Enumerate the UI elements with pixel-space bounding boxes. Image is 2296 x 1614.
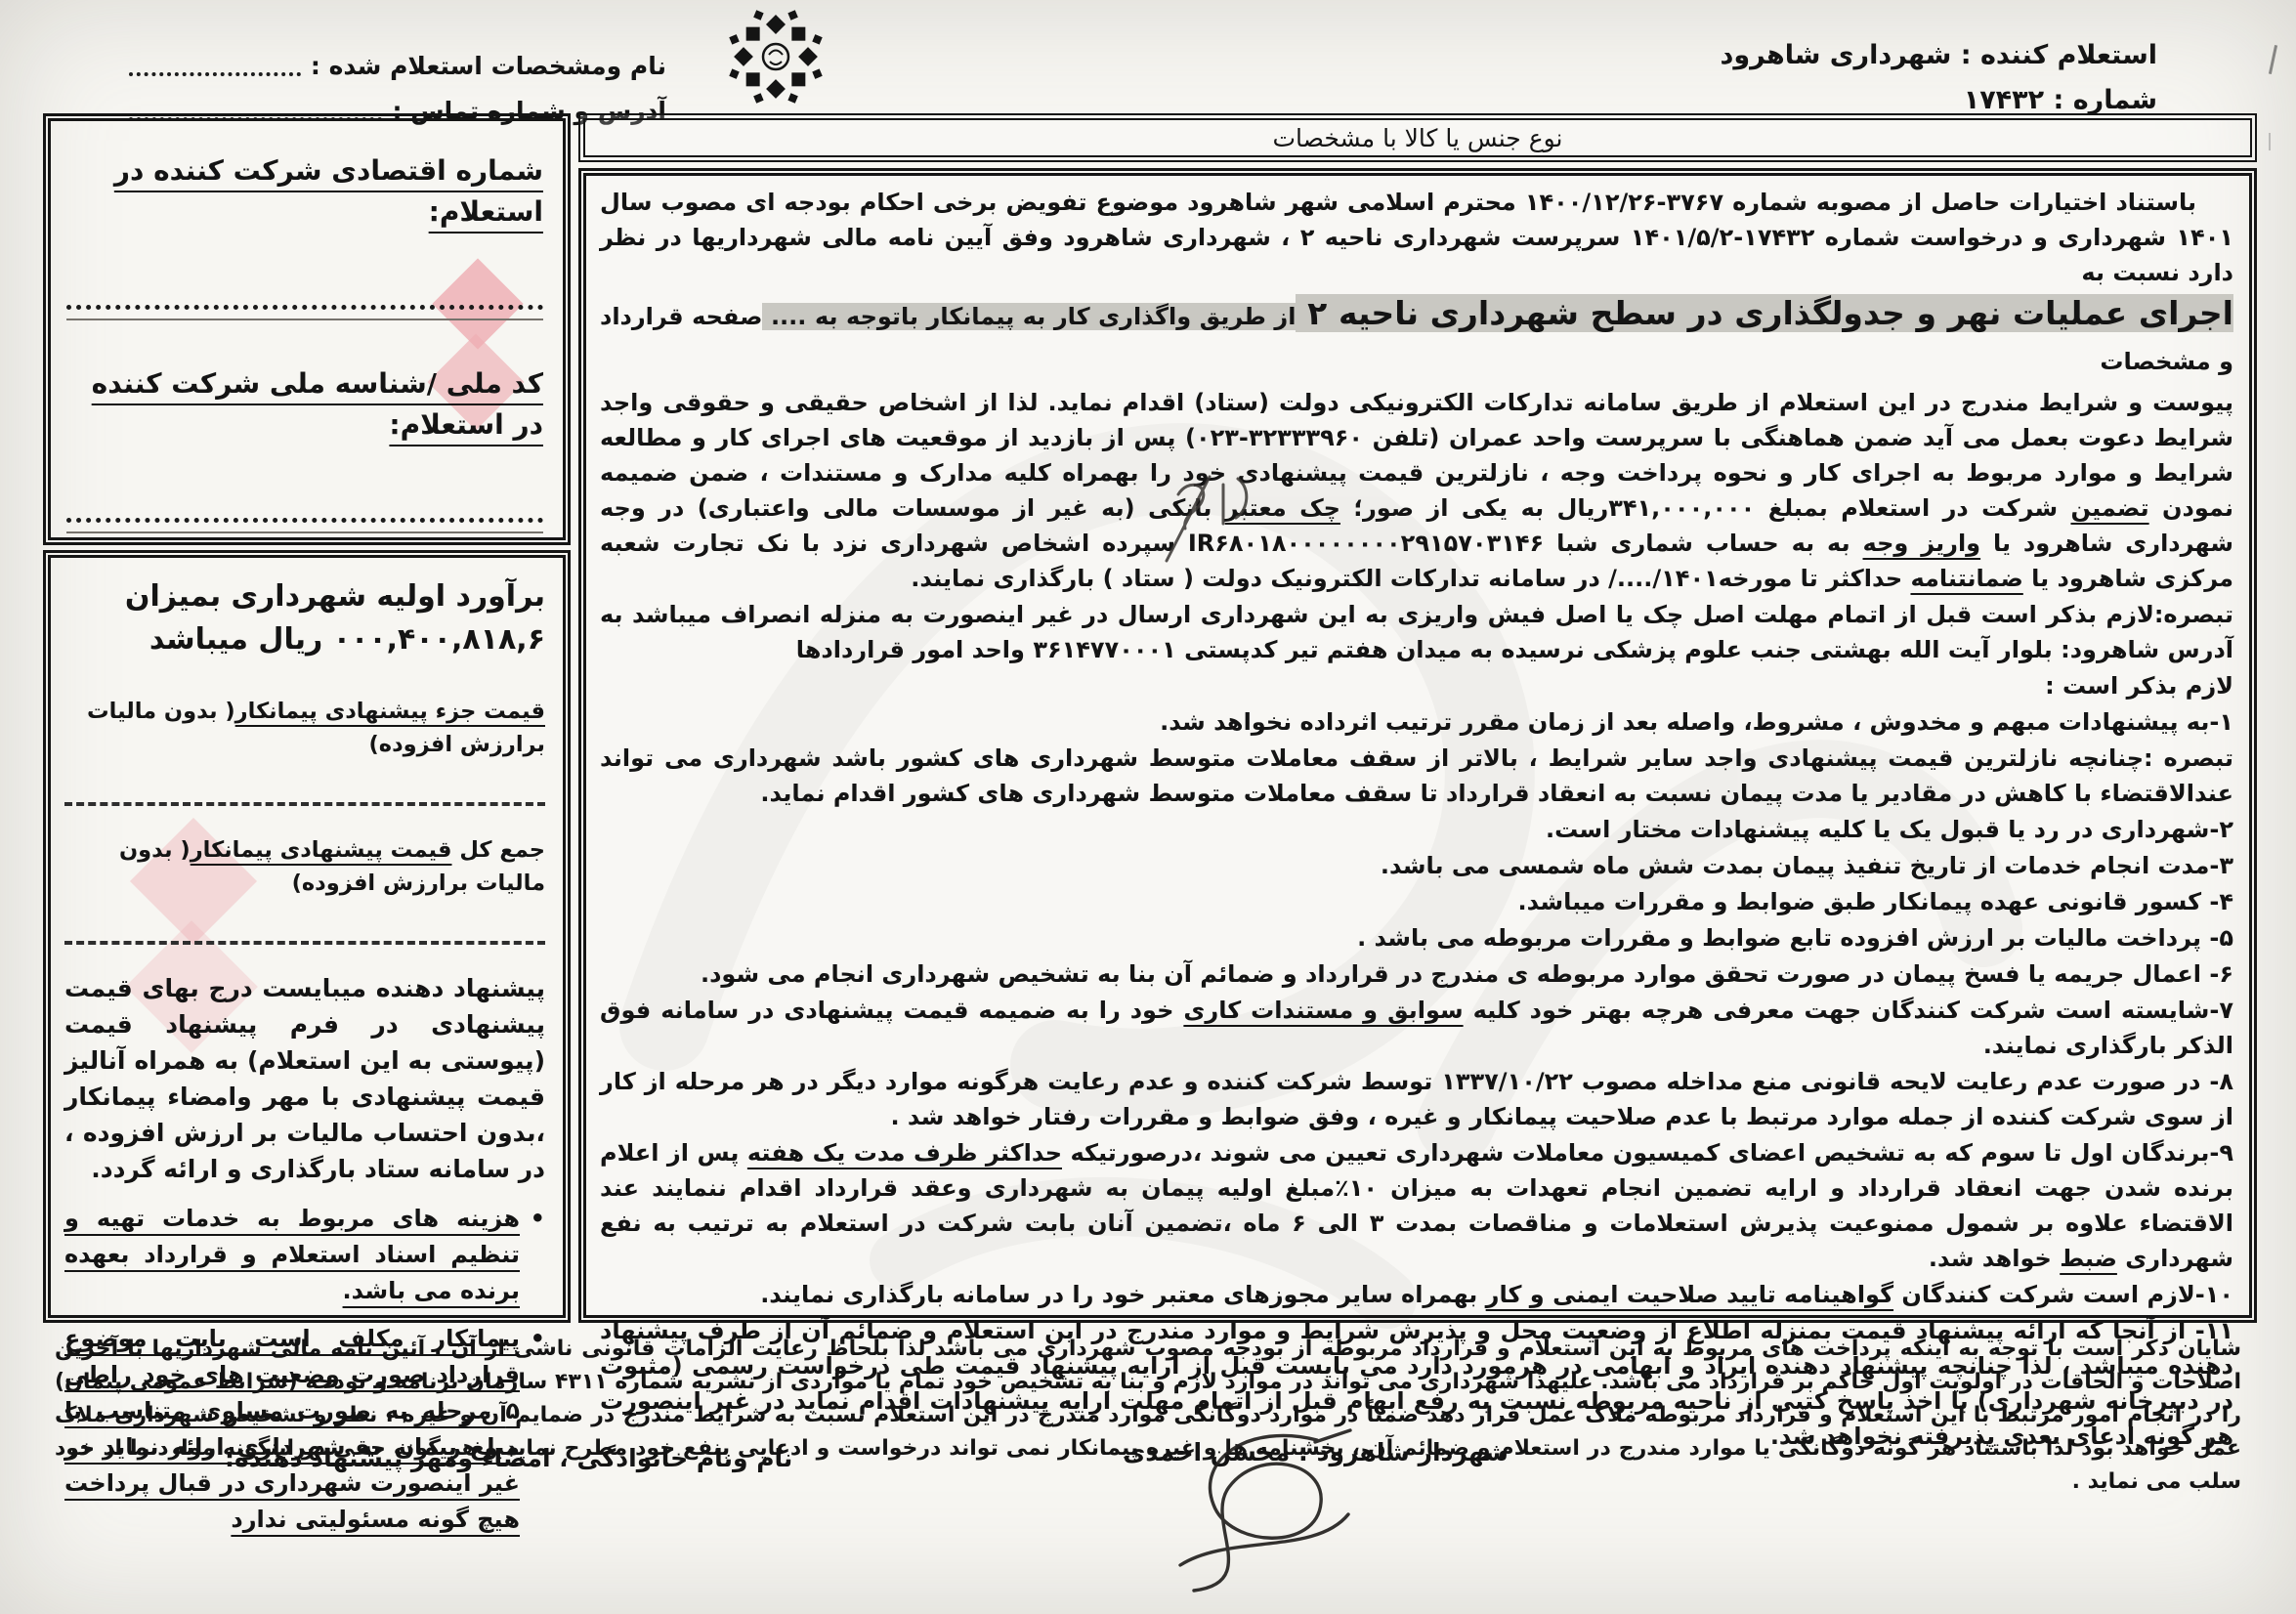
paragraph: ۵- پرداخت مالیات بر ارزش افزوده تابع ضوا… (600, 920, 2233, 956)
mayor-signature-stroke (1169, 1419, 1359, 1604)
name-spec-fill-line (129, 43, 301, 76)
final-legal-note: شایان ذکر است با توجه به اینکه پرداخت ها… (55, 1333, 2241, 1499)
paragraph: ۶- اعمال جریمه یا فسخ پیمان در صورت تحقق… (600, 956, 2233, 992)
inquiry-terms-box: باستناد اختیارات حاصل از مصوبه شماره ۳۷۶… (578, 168, 2257, 1323)
estimate-and-price-box: برآورد اولیه شهرداری بمیزان ۰۰۰,۴۰۰,۸۱۸,… (43, 550, 571, 1323)
initial-estimate-line: برآورد اولیه شهرداری بمیزان ۰۰۰,۴۰۰,۸۱۸,… (64, 575, 545, 661)
economic-code-label: شماره اقتصادی شرکت کننده در استعلام: (66, 150, 543, 233)
proposer-signature-label: نام ونام خانوادگی ، امضاء ومهر پیشنهاد د… (225, 1444, 792, 1472)
divider (66, 319, 543, 320)
paragraph: تبصره:لازم بذکر است قبل از اتمام مهلت اص… (600, 597, 2233, 667)
paragraph: ۷-شایسته است شرکت کنندگان جهت معرفی هرچه… (600, 993, 2233, 1063)
goods-type-header-box: نوع جنس یا کالا با مشخصات (578, 113, 2257, 162)
paragraph: ۴- کسور قانونی عهده پیمانکار طبق ضوابط و… (600, 884, 2233, 919)
paragraph: ۹-برندگان اول تا سوم که به تشخیص اعضای ک… (600, 1135, 2233, 1276)
goods-type-header-label: نوع جنس یا کالا با مشخصات (1273, 124, 1563, 152)
scan-edge-mark (2269, 133, 2271, 150)
unit-price-label: قیمت جزء پیشنهادی پیمانکار( بدون مالیات … (64, 695, 545, 761)
list-item: هزینه های مربوط به خدمات تهیه و تنظیم اس… (64, 1201, 545, 1309)
paragraph: ۱-به پیشنهادات مبهم و مخدوش ، مشروط، واص… (600, 704, 2233, 740)
submission-note: پیشنهاد دهنده میبایست درج بهای قیمت پیشن… (64, 970, 545, 1187)
paragraph: ۳-مدت انجام خدمات از تاریخ تنفیذ پیمان ب… (600, 848, 2233, 883)
paragraph: ۱۰-لازم است شرکت کنندگان گواهینامه تایید… (600, 1277, 2233, 1312)
municipality-emblem-icon (725, 6, 827, 107)
handwritten-date-mark (1137, 463, 1268, 576)
total-price-label: جمع کل قیمت پیشنهادی پیمانکار( بدون مالی… (64, 833, 545, 900)
participant-ids-box: شماره اقتصادی شرکت کننده در استعلام: کد … (43, 113, 571, 545)
paragraph: تبصره :چنانچه نازلترین قیمت پیشنهادی واج… (600, 741, 2233, 811)
paragraph: ۸- در صورت عدم رعایت لایحه قانونی منع مد… (600, 1064, 2233, 1134)
requester-line: استعلام کننده : شهرداری شاهرود (1721, 33, 2157, 78)
paragraph: ۲-شهرداری در رد یا قبول یک یا کلیه پیشنه… (600, 812, 2233, 847)
national-id-fill-line (66, 488, 543, 523)
scan-edge-mark (2269, 45, 2277, 74)
paragraph: لازم بذکر است : (600, 668, 2233, 703)
paragraph: اجرای عملیات نهر و جدولگذاری در سطح شهرد… (600, 291, 2233, 384)
divider (64, 802, 545, 806)
divider (66, 531, 543, 533)
paragraph: پیوست و شرایط مندرج در این استعلام از طر… (600, 385, 2233, 596)
divider (64, 941, 545, 945)
name-spec-label: نام ومشخصات استعلام شده : (311, 52, 666, 84)
scanned-inquiry-document: استعلام کننده : شهرداری شاهرود شماره : ۱… (0, 0, 2296, 1614)
header-requester-block: استعلام کننده : شهرداری شاهرود شماره : ۱… (1721, 33, 2157, 123)
paragraph: باستناد اختیارات حاصل از مصوبه شماره ۳۷۶… (600, 185, 2233, 290)
economic-code-fill-line (66, 276, 543, 310)
name-spec-row: نام ومشخصات استعلام شده : (127, 39, 666, 84)
national-id-label: کد ملی /شناسه ملی شرکت کننده در استعلام: (66, 363, 543, 446)
